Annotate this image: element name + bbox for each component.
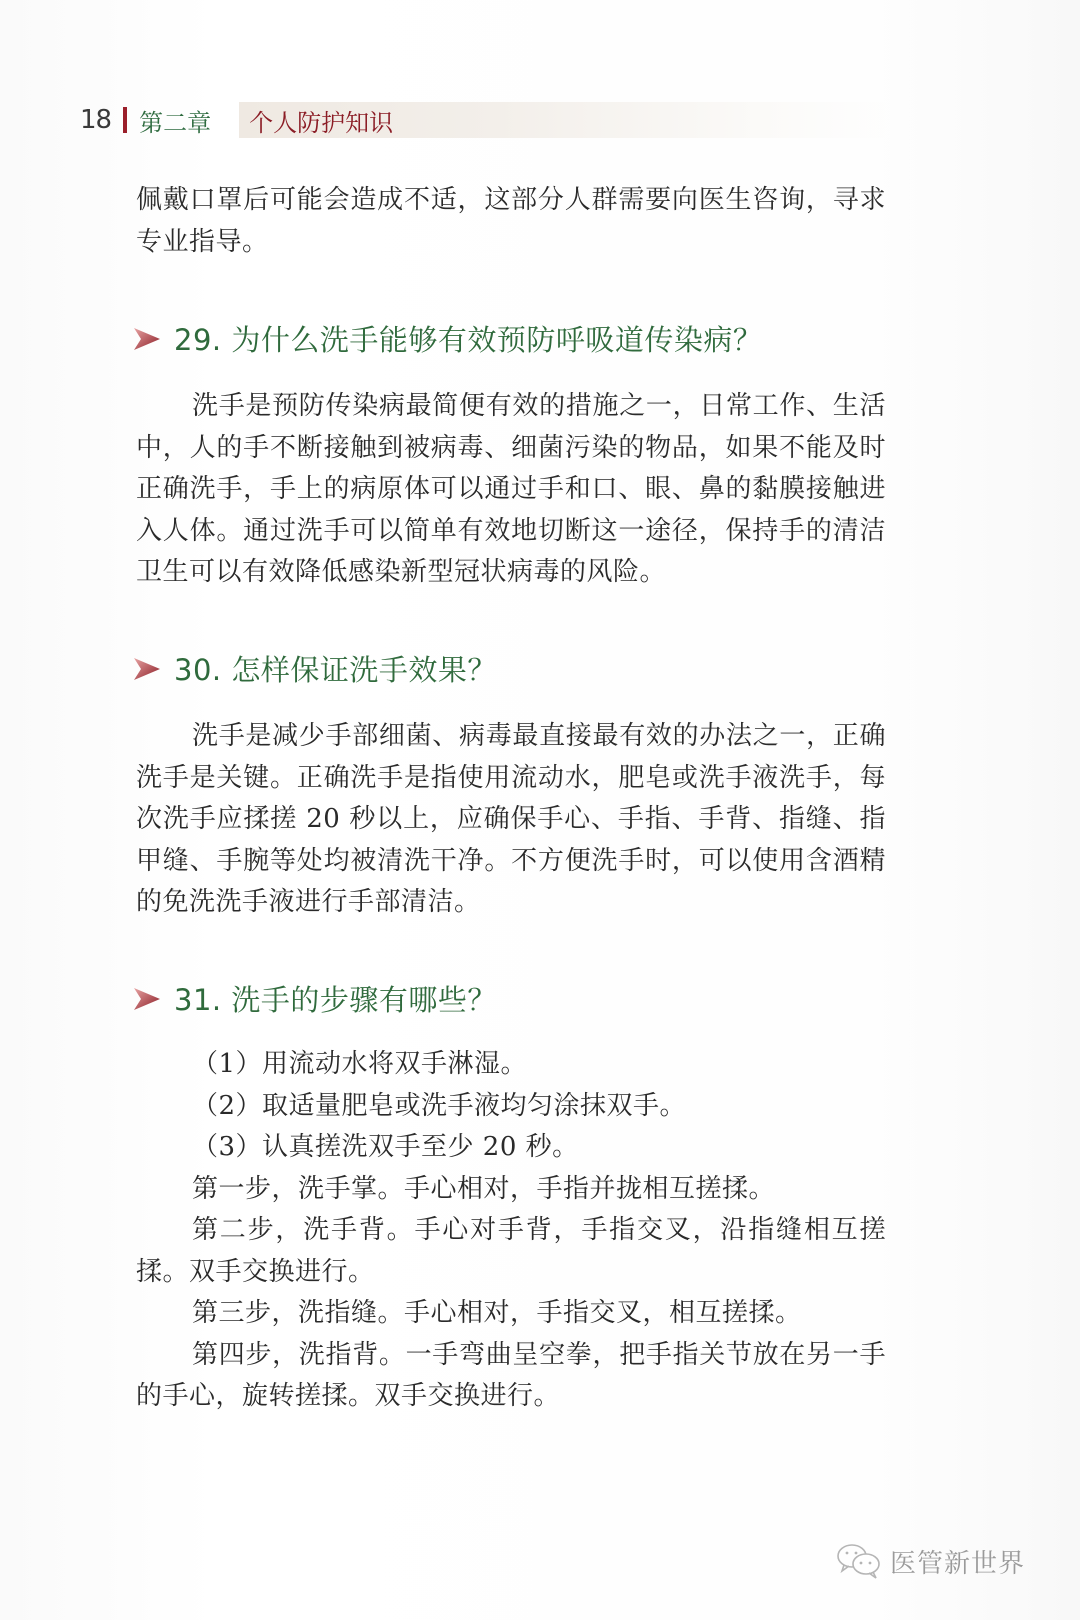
question-30-heading: 30. 怎样保证洗手效果？ <box>134 648 497 689</box>
wechat-icon <box>836 1542 882 1580</box>
question-title: 29. 为什么洗手能够有效预防呼吸道传染病？ <box>174 318 762 359</box>
arrow-bullet-icon <box>134 328 160 350</box>
step-line: 第四步，洗指背。一手弯曲呈空拳，把手指关节放在另一手的手心，旋转搓揉。双手交换进… <box>136 1335 886 1418</box>
arrow-bullet-icon <box>134 988 160 1010</box>
watermark-text: 医管新世界 <box>890 1543 1025 1580</box>
page-number: 18 <box>80 105 111 135</box>
question-30-body: 洗手是减少手部细菌、病毒最直接最有效的办法之一，正确洗手是关键。正确洗手是指使用… <box>136 716 886 924</box>
question-title: 31. 洗手的步骤有哪些？ <box>174 978 497 1019</box>
answer-paragraph: 洗手是预防传染病最简便有效的措施之一，日常工作、生活中，人的手不断接触到被病毒、… <box>136 386 886 594</box>
watermark: 医管新世界 <box>836 1542 1025 1580</box>
step-line: （3）认真搓洗双手至少 20 秒。 <box>136 1127 886 1169</box>
question-31-steps: （1）用流动水将双手淋湿。 （2）取适量肥皂或洗手液均匀涂抹双手。 （3）认真搓… <box>136 1044 886 1418</box>
question-29-heading: 29. 为什么洗手能够有效预防呼吸道传染病？ <box>134 318 762 359</box>
running-header: 18 第二章 个人防护知识 <box>80 100 889 140</box>
question-31-heading: 31. 洗手的步骤有哪些？ <box>134 978 497 1019</box>
question-29-body: 洗手是预防传染病最简便有效的措施之一，日常工作、生活中，人的手不断接触到被病毒、… <box>136 386 886 594</box>
intro-block: 佩戴口罩后可能会造成不适，这部分人群需要向医生咨询，寻求专业指导。 <box>136 180 886 263</box>
step-line: 第二步，洗手背。手心对手背，手指交叉，沿指缝相互搓揉。双手交换进行。 <box>136 1210 886 1293</box>
question-title: 30. 怎样保证洗手效果？ <box>174 648 497 689</box>
step-line: 第三步，洗指缝。手心相对，手指交叉，相互搓揉。 <box>136 1293 886 1335</box>
chapter-label: 第二章 <box>139 103 211 138</box>
step-line: （1）用流动水将双手淋湿。 <box>136 1044 886 1086</box>
answer-paragraph: 洗手是减少手部细菌、病毒最直接最有效的办法之一，正确洗手是关键。正确洗手是指使用… <box>136 716 886 924</box>
section-title: 个人防护知识 <box>249 103 393 138</box>
header-divider <box>123 107 127 133</box>
step-line: （2）取适量肥皂或洗手液均匀涂抹双手。 <box>136 1086 886 1128</box>
section-band: 个人防护知识 <box>239 102 889 138</box>
arrow-bullet-icon <box>134 658 160 680</box>
step-line: 第一步，洗手掌。手心相对，手指并拢相互搓揉。 <box>136 1169 886 1211</box>
intro-paragraph: 佩戴口罩后可能会造成不适，这部分人群需要向医生咨询，寻求专业指导。 <box>136 180 886 263</box>
